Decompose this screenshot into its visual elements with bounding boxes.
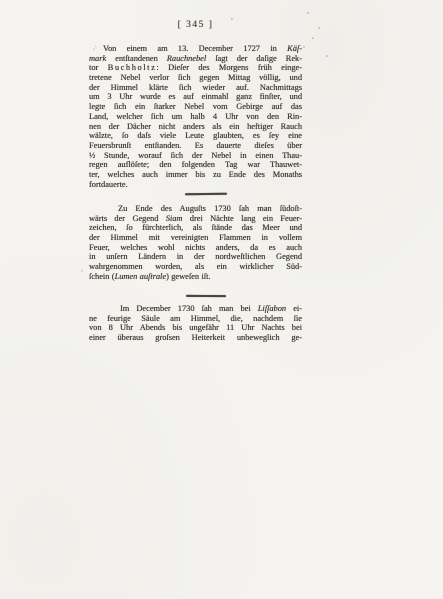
text-segment: wahrgenommen worden, als ein wirklicher …	[89, 262, 302, 271]
text-segment: ne feurige Säule am Himmel, die, nachdem…	[89, 314, 302, 323]
scan-speck	[318, 27, 320, 29]
stray-ink-mark: ,	[81, 266, 83, 273]
text-line: Feuer, welches wohl nichts anders, da es…	[89, 243, 302, 253]
text-line: wahrgenommen worden, als ein wirklicher …	[89, 262, 302, 272]
text-line: von 8 Uhr Abends bis ungefähr 11 Uhr Nac…	[89, 323, 302, 333]
text-segment: einer überaus groſsen Heiterkeit unbeweg…	[89, 333, 302, 342]
text-line: fortdauerte.	[89, 180, 302, 190]
text-segment: tor	[89, 63, 108, 72]
text-line: zeichen, ſo fürchterlich, als ſtände das…	[89, 223, 302, 233]
text-segment: von 8 Uhr Abends bis ungefähr 11 Uhr Nac…	[89, 323, 302, 332]
text-segment: : Dieſer des Morgens früh einge-	[156, 63, 302, 72]
text-line: regen auflöſete; den folgenden Tag war T…	[89, 160, 302, 170]
text-segment: ei-	[286, 304, 302, 313]
text-segment: legte ſich ein ſtarker Nebel vom Gebirge…	[89, 102, 302, 111]
text-segment: entſtandenen	[106, 54, 167, 63]
text-segment: Land, welcher ſich um halb 4 Uhr von den…	[89, 112, 302, 121]
text-segment: wärts der Gegend	[89, 214, 166, 223]
text-segment: wälzte, ſo daſs viele Leute glaubten, es…	[89, 131, 302, 140]
italic-text: Siam	[166, 214, 183, 223]
text-segment: drei Nächte lang ein Feuer-	[182, 214, 302, 223]
text-segment: Feuer, welches wohl nichts anders, da es…	[89, 243, 302, 252]
text-line: Land, welcher ſich um halb 4 Uhr von den…	[89, 112, 302, 122]
text-line: mark entſtandenen Rauchnebel ſagt der da…	[89, 54, 302, 64]
text-line: einer überaus groſsen Heiterkeit unbeweg…	[89, 333, 302, 343]
text-line: der Himmel mit vereinigten Flammen in vo…	[89, 233, 302, 243]
text-segment: ) geweſen iſt.	[166, 272, 210, 281]
scan-speck	[303, 46, 305, 48]
text-segment: Feuersbrunſt entſtanden. Es dauerte dieſ…	[89, 141, 302, 150]
text-segment: ſchein (	[89, 272, 115, 281]
text-line: nen der Dächer nicht anders als ein heft…	[89, 122, 302, 132]
text-line: tor Buchholtz: Dieſer des Morgens früh e…	[89, 63, 302, 73]
scan-speck	[231, 18, 233, 20]
text-line: Im December 1730 ſah man bei Liſſabon ei…	[89, 304, 302, 314]
text-line: Feuersbrunſt entſtanden. Es dauerte dieſ…	[89, 141, 302, 151]
text-segment: fortdauerte.	[89, 180, 128, 189]
text-line: ne feurige Säule am Himmel, die, nachdem…	[89, 314, 302, 324]
text-line: wälzte, ſo daſs viele Leute glaubten, es…	[89, 131, 302, 141]
text-line: tretene Nebel verlor ſich gegen Mittag v…	[89, 73, 302, 83]
letterspaced-name: Buchholtz	[108, 63, 157, 72]
scanned-page: [ 345 ] Von einem am 13. December 1727 i…	[0, 0, 443, 599]
text-segment: in unſern Ländern in der nordweſtlichen …	[89, 252, 302, 261]
italic-text: Käſ-	[287, 44, 302, 53]
paragraph-siam-feuerzeichen-1730: Zu Ende des Auguſts 1730 ſah man ſüdoſt-…	[89, 204, 302, 282]
text-line: wärts der Gegend Siam drei Nächte lang e…	[89, 214, 302, 224]
text-segment: regen auflöſete; den folgenden Tag war T…	[89, 160, 302, 169]
text-segment: Zu Ende des Auguſts 1730 ſah man ſüdoſt-	[118, 204, 302, 213]
italic-text: mark	[89, 54, 106, 63]
scan-speck	[326, 55, 328, 57]
text-line: ter, welches auch immer bis zu Ende des …	[89, 170, 302, 180]
text-segment: Im December 1730 ſah man bei	[120, 304, 258, 313]
text-segment: der Himmel mit vereinigten Flammen in vo…	[89, 233, 302, 242]
section-divider-rule	[186, 295, 226, 297]
text-line: Zu Ende des Auguſts 1730 ſah man ſüdoſt-	[89, 204, 302, 214]
text-segment: um 3 Uhr wurde es auf einmahl ganz finſt…	[89, 92, 302, 101]
text-segment: der Himmel klärte ſich wieder auf. Nachm…	[89, 83, 302, 92]
text-segment: tretene Nebel verlor ſich gegen Mittag v…	[89, 73, 302, 82]
page-number-header: [ 345 ]	[89, 20, 302, 30]
text-line: legte ſich ein ſtarker Nebel vom Gebirge…	[89, 102, 302, 112]
scan-speck	[307, 12, 309, 14]
text-line: in unſern Ländern in der nordweſtlichen …	[89, 252, 302, 262]
text-segment: zeichen, ſo fürchterlich, als ſtände das…	[89, 223, 302, 232]
text-segment: ter, welches auch immer bis zu Ende des …	[89, 170, 302, 179]
paragraph-lissabon-feurige-saeule-1730: Im December 1730 ſah man bei Liſſabon ei…	[89, 304, 302, 343]
text-line: Von einem am 13. December 1727 in Käſ-	[89, 44, 302, 54]
italic-text: Lumen auſtrale	[115, 272, 167, 281]
text-segment: ½ Stunde, worauf ſich der Nebel in einen…	[89, 151, 302, 160]
scan-speck	[312, 37, 314, 39]
text-line: der Himmel klärte ſich wieder auf. Nachm…	[89, 83, 302, 93]
text-segment: nen der Dächer nicht anders als ein heft…	[89, 122, 302, 131]
text-line: ½ Stunde, worauf ſich der Nebel in einen…	[89, 151, 302, 161]
paragraph-kaesmark-rauchnebel-1727: Von einem am 13. December 1727 in Käſ-ma…	[89, 44, 302, 189]
italic-text: Rauchnebel	[167, 54, 206, 63]
section-divider-rule	[185, 193, 227, 195]
text-segment: ſagt der daſige Rek-	[206, 54, 302, 63]
text-segment: Von einem am 13. December 1727 in	[103, 44, 287, 53]
text-line: ſchein (Lumen auſtrale) geweſen iſt.	[89, 272, 302, 282]
italic-text: Liſſabon	[258, 304, 286, 313]
text-line: um 3 Uhr wurde es auf einmahl ganz finſt…	[89, 92, 302, 102]
